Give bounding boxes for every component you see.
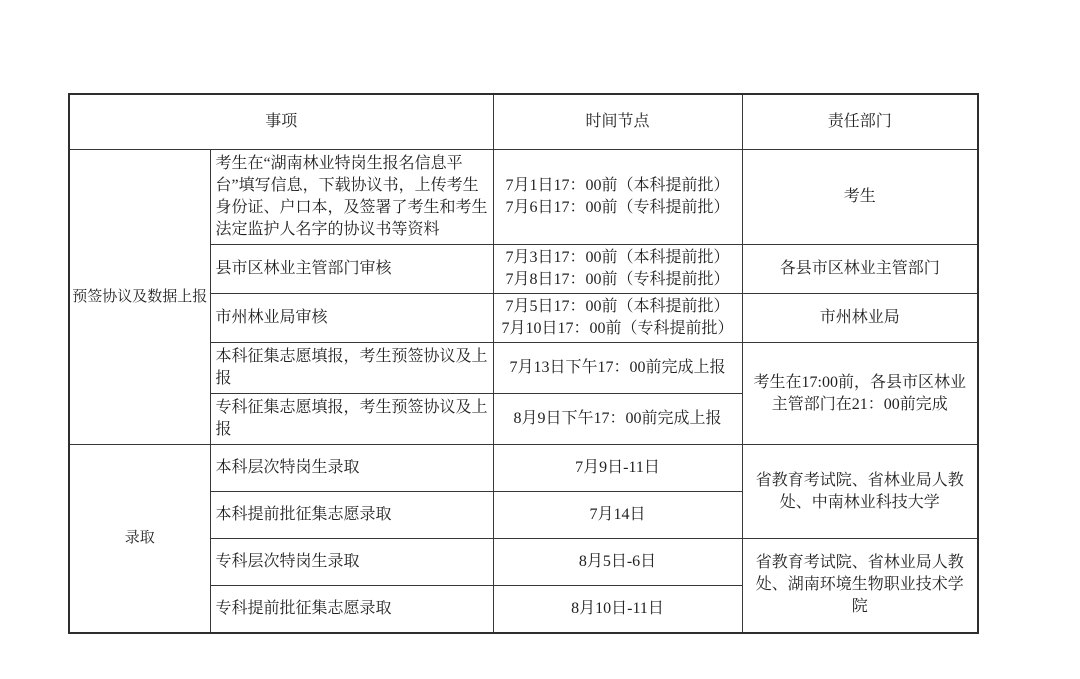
- dept-cell: 各县市区林业主管部门: [742, 245, 978, 294]
- item-cell: 专科提前批征集志愿录取: [210, 586, 493, 633]
- time-cell: 7月13日下午17：00前完成上报: [493, 343, 742, 394]
- item-cell: 本科征集志愿填报，考生预签协议及上报: [210, 343, 493, 394]
- item-cell: 专科征集志愿填报，考生预签协议及上报: [210, 394, 493, 445]
- dept-cell: 考生: [742, 150, 978, 245]
- time-cell: 7月3日17：00前（本科提前批） 7月8日17：00前（专科提前批）: [493, 245, 742, 294]
- dept-cell: 考生在17:00前，各县市区林业主管部门在21：00前完成: [742, 343, 978, 445]
- group-cell-presign-upload: 预签协议及数据上报: [69, 150, 210, 445]
- header-item: 事项: [69, 94, 493, 150]
- table-row: 预签协议及数据上报 考生在“湖南林业特岗生报名信息平台”填写信息，下载协议书，上…: [69, 150, 978, 245]
- time-cell: 7月1日17：00前（本科提前批） 7月6日17：00前（专科提前批）: [493, 150, 742, 245]
- group-cell-admission: 录取: [69, 445, 210, 633]
- schedule-table: 事项 时间节点 责任部门 预签协议及数据上报 考生在“湖南林业特岗生报名信息平台…: [68, 93, 979, 634]
- item-cell: 专科层次特岗生录取: [210, 539, 493, 586]
- item-cell: 本科提前批征集志愿录取: [210, 492, 493, 539]
- time-cell: 7月9日-11日: [493, 445, 742, 492]
- time-cell: 8月5日-6日: [493, 539, 742, 586]
- header-row: 事项 时间节点 责任部门: [69, 94, 978, 150]
- item-cell: 考生在“湖南林业特岗生报名信息平台”填写信息，下载协议书，上传考生身份证、户口本…: [210, 150, 493, 245]
- header-dept: 责任部门: [742, 94, 978, 150]
- item-cell: 市州林业局审核: [210, 294, 493, 343]
- table-row: 录取 本科层次特岗生录取 7月9日-11日 省教育考试院、省林业局人教处、中南林…: [69, 445, 978, 492]
- dept-cell: 市州林业局: [742, 294, 978, 343]
- time-cell: 8月9日下午17：00前完成上报: [493, 394, 742, 445]
- item-cell: 县市区林业主管部门审核: [210, 245, 493, 294]
- time-cell: 8月10日-11日: [493, 586, 742, 633]
- dept-cell: 省教育考试院、省林业局人教处、湖南环境生物职业技术学院: [742, 539, 978, 633]
- time-cell: 7月14日: [493, 492, 742, 539]
- time-cell: 7月5日17：00前（本科提前批） 7月10日17：00前（专科提前批）: [493, 294, 742, 343]
- header-time: 时间节点: [493, 94, 742, 150]
- item-cell: 本科层次特岗生录取: [210, 445, 493, 492]
- schedule-table-container: 事项 时间节点 责任部门 预签协议及数据上报 考生在“湖南林业特岗生报名信息平台…: [68, 93, 979, 634]
- dept-cell: 省教育考试院、省林业局人教处、中南林业科技大学: [742, 445, 978, 539]
